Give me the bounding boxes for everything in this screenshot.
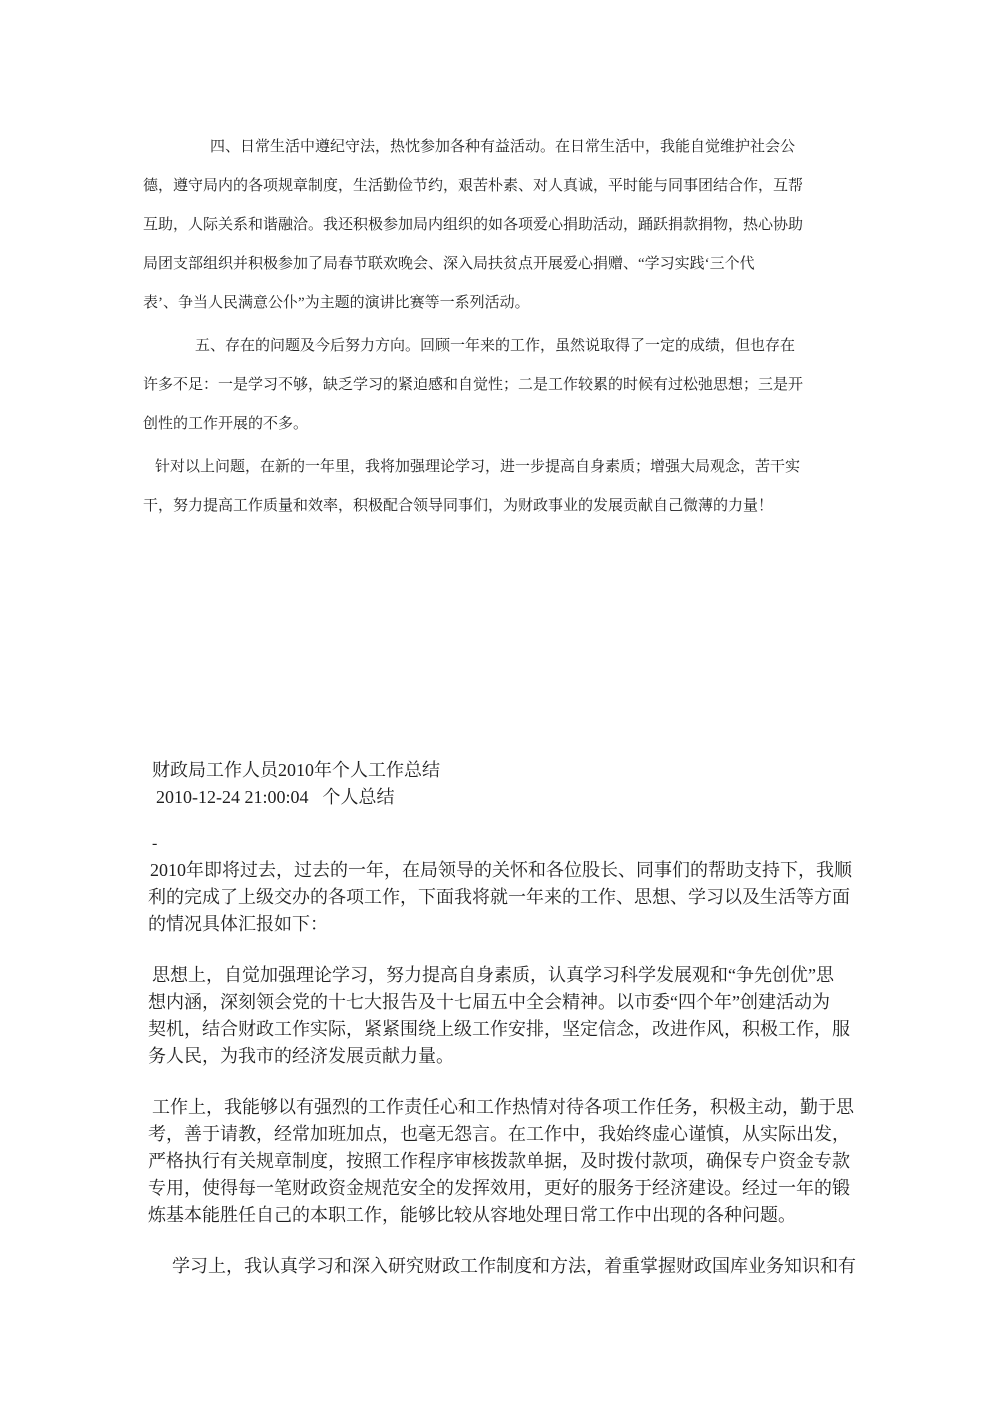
article-category: 个人总结 xyxy=(323,787,395,807)
separator-dash: - xyxy=(148,830,878,857)
document-page: 四、日常生活中遵纪守法，热忱参加各种有益活动。在日常生活中，我能自觉维护社会公德… xyxy=(0,0,1000,1415)
text-line: 务人民，为我市的经济发展贡献力量。 xyxy=(148,1043,878,1070)
paragraph: 学习上，我认真学习和深入研究财政工作制度和方法，着重掌握财政国库业务知识和有 xyxy=(148,1253,878,1280)
text-line: 炼基本能胜任自己的本职工作，能够比较从容地处理日常工作中出现的各种问题。 xyxy=(148,1202,878,1229)
text-line: 德，遵守局内的各项规章制度，生活勤俭节约，艰苦朴素、对人真诚，平时能与同事团结合… xyxy=(143,167,843,206)
text-line: 2010年即将过去，过去的一年，在局领导的关怀和各位股长、同事们的帮助支持下，我… xyxy=(148,857,878,884)
text-line: 局团支部组织并积极参加了局春节联欢晚会、深入局扶贫点开展爱心捐赠、“学习实践‘三… xyxy=(143,245,843,284)
text-line: 针对以上问题，在新的一年里，我将加强理论学习，进一步提高自身素质；增强大局观念，… xyxy=(143,448,843,487)
text-line: 表’、争当人民满意公仆”为主题的演讲比赛等一系列活动。 xyxy=(143,284,843,323)
text-line: 专用，使得每一笔财政资金规范安全的发挥效用，更好的服务于经济建设。经过一年的锻 xyxy=(148,1175,878,1202)
article-title: 财政局工作人员2010年个人工作总结 xyxy=(148,757,878,784)
paragraph: 五、存在的问题及今后努力方向。回顾一年来的工作，虽然说取得了一定的成绩，但也存在… xyxy=(143,327,843,444)
paragraph: 思想上，自觉加强理论学习，努力提高自身素质，认真学习科学发展观和“争先创优”思想… xyxy=(148,962,878,1070)
article-body: 2010年即将过去，过去的一年，在局领导的关怀和各位股长、同事们的帮助支持下，我… xyxy=(148,857,878,1280)
paragraph: 针对以上问题，在新的一年里，我将加强理论学习，进一步提高自身素质；增强大局观念，… xyxy=(143,448,843,526)
text-line: 工作上，我能够以有强烈的工作责任心和工作热情对待各项工作任务，积极主动，勤于思 xyxy=(148,1094,878,1121)
text-line: 学习上，我认真学习和深入研究财政工作制度和方法，着重掌握财政国库业务知识和有 xyxy=(148,1253,878,1280)
text-line: 干，努力提高工作质量和效率，积极配合领导同事们，为财政事业的发展贡献自己微薄的力… xyxy=(143,487,843,526)
text-line: 四、日常生活中遵纪守法，热忱参加各种有益活动。在日常生活中，我能自觉维护社会公 xyxy=(143,128,843,167)
text-line: 契机，结合财政工作实际，紧紧围绕上级工作安排，坚定信念，改进作风，积极工作，服 xyxy=(148,1016,878,1043)
paragraph: 工作上，我能够以有强烈的工作责任心和工作热情对待各项工作任务，积极主动，勤于思考… xyxy=(148,1094,878,1229)
text-line: 互助，人际关系和谐融洽。我还积极参加局内组织的如各项爱心捐助活动，踊跃捐款捐物，… xyxy=(143,206,843,245)
text-line: 的情况具体汇报如下： xyxy=(148,911,878,938)
text-line: 想内涵，深刻领会党的十七大报告及十七届五中全会精神。以市委“四个年”创建活动为 xyxy=(148,989,878,1016)
text-line: 严格执行有关规章制度，按照工作程序审核拨款单据，及时拨付款项，确保专户资金专款 xyxy=(148,1148,878,1175)
article-meta: 2010-12-24 21:00:04个人总结 xyxy=(148,784,878,811)
paragraph: 2010年即将过去，过去的一年，在局领导的关怀和各位股长、同事们的帮助支持下，我… xyxy=(148,857,878,938)
paragraph: 四、日常生活中遵纪守法，热忱参加各种有益活动。在日常生活中，我能自觉维护社会公德… xyxy=(143,128,843,323)
text-line: 思想上，自觉加强理论学习，努力提高自身素质，认真学习科学发展观和“争先创优”思 xyxy=(148,962,878,989)
text-line: 利的完成了上级交办的各项工作，下面我将就一年来的工作、思想、学习以及生活等方面 xyxy=(148,884,878,911)
article-section: 财政局工作人员2010年个人工作总结 2010-12-24 21:00:04个人… xyxy=(148,757,878,1280)
text-line: 许多不足：一是学习不够，缺乏学习的紧迫感和自觉性；二是工作较累的时候有过松弛思想… xyxy=(143,366,843,405)
text-line: 考，善于请教，经常加班加点，也毫无怨言。在工作中，我始终虚心谨慎，从实际出发， xyxy=(148,1121,878,1148)
article-date: 2010-12-24 21:00:04 xyxy=(156,787,309,807)
text-line: 创性的工作开展的不多。 xyxy=(143,405,843,444)
text-line: 五、存在的问题及今后努力方向。回顾一年来的工作，虽然说取得了一定的成绩，但也存在 xyxy=(143,327,843,366)
top-excerpt-section: 四、日常生活中遵纪守法，热忱参加各种有益活动。在日常生活中，我能自觉维护社会公德… xyxy=(143,128,843,526)
